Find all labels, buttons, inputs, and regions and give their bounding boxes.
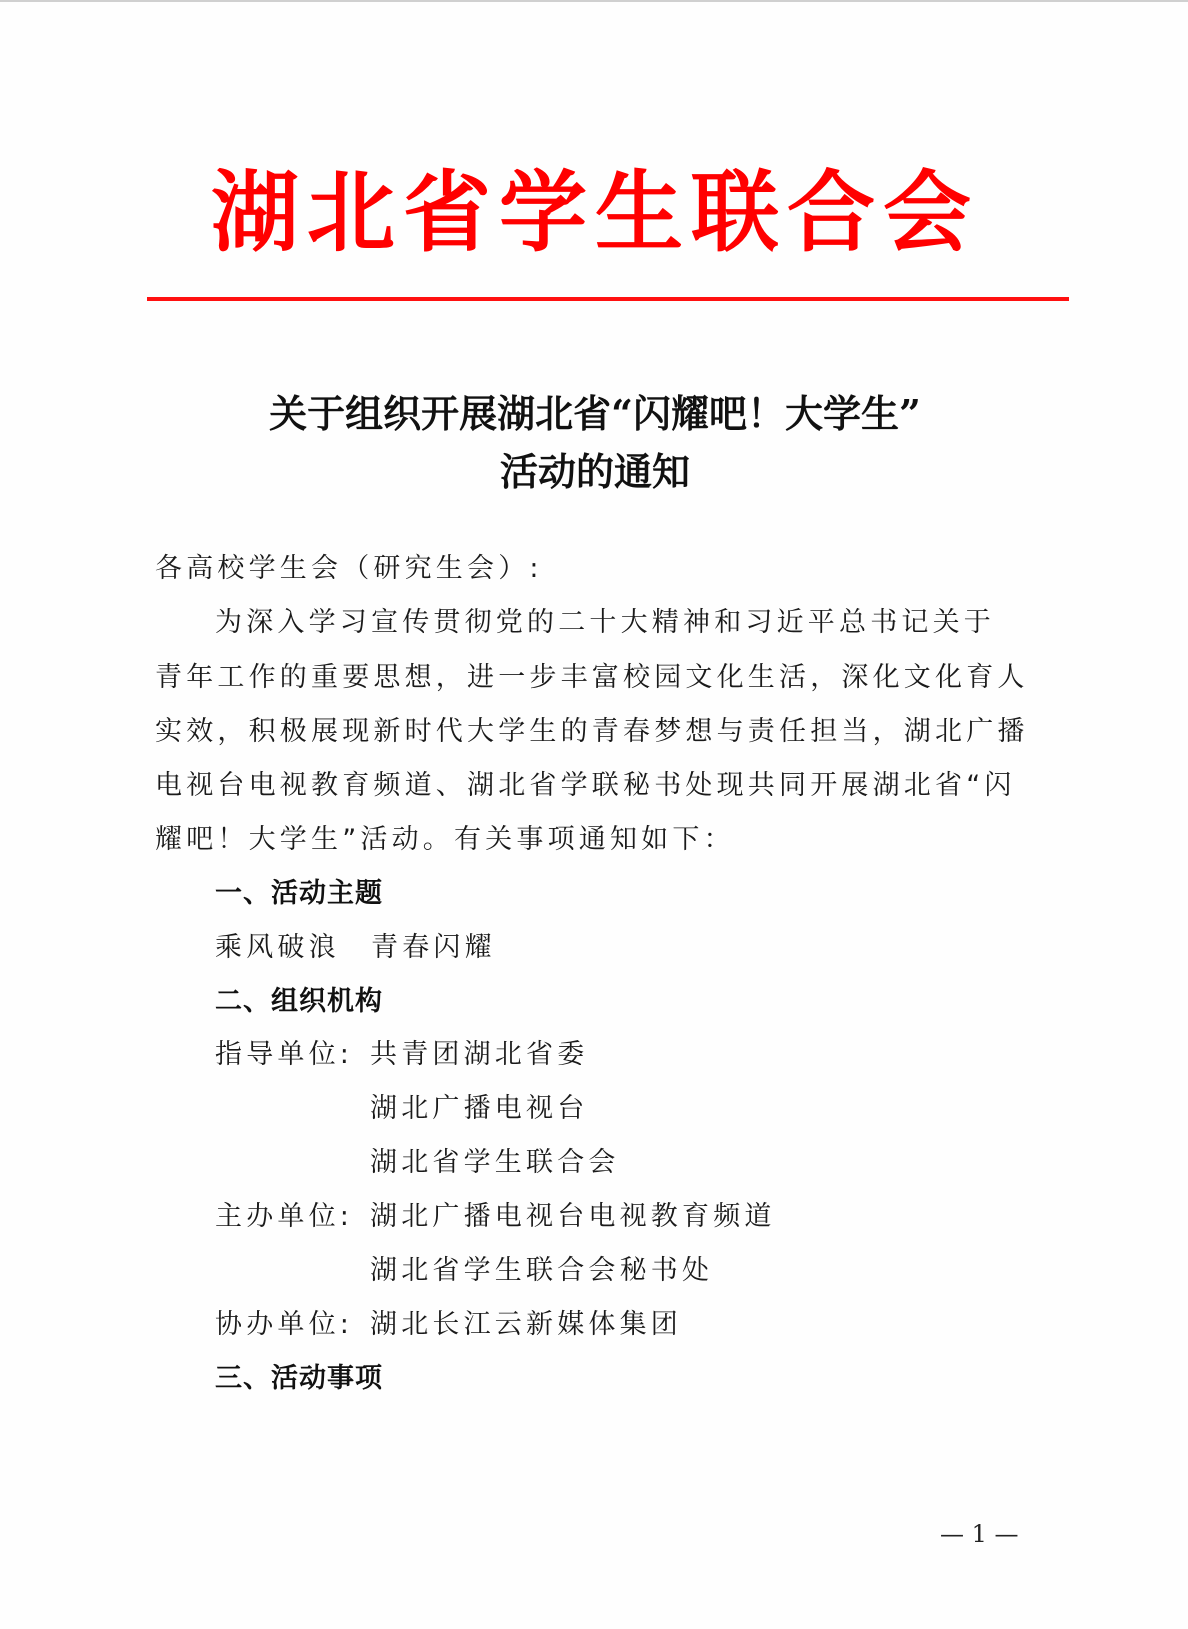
salutation: 各高校学生会（研究生会）: [155, 549, 543, 589]
document-title: 关于组织开展湖北省“闪耀吧！大学生” 活动的通知 [150, 385, 1040, 501]
org-value: 湖北省学生联合会 [370, 1143, 620, 1183]
intro-paragraph-line: 实效，积极展现新时代大学生的青春梦想与责任担当，湖北广播 [155, 712, 1029, 752]
letterhead-org-name: 湖北省学生联合会 [140, 152, 1050, 272]
org-value: 湖北省学生联合会秘书处 [370, 1251, 713, 1291]
document-page: 湖北省学生联合会 关于组织开展湖北省“闪耀吧！大学生” 活动的通知 各高校学生会… [0, 2, 1188, 1629]
page-number: — 1 — [940, 1520, 1019, 1548]
org-label-co-hosting: 协办单位: [215, 1305, 353, 1345]
org-label-guiding: 指导单位: [215, 1035, 353, 1075]
theme-content: 乘风破浪 青春闪耀 [215, 928, 496, 968]
intro-paragraph-line: 电视台电视教育频道、湖北省学联秘书处现共同开展湖北省“闪 [155, 766, 1016, 806]
document-title-line-2: 活动的通知 [150, 443, 1040, 501]
intro-paragraph-line: 为深入学习宣传贯彻党的二十大精神和习近平总书记关于 [215, 603, 995, 643]
org-value: 湖北长江云新媒体集团 [370, 1305, 682, 1345]
org-value: 共青团湖北省委 [370, 1035, 588, 1075]
letterhead-red-rule [147, 297, 1069, 301]
section-heading-theme: 一、活动主题 [215, 874, 383, 914]
section-heading-activities: 三、活动事项 [215, 1359, 383, 1399]
org-value: 湖北广播电视台电视教育频道 [370, 1197, 776, 1237]
intro-paragraph-line: 青年工作的重要思想，进一步丰富校园文化生活，深化文化育人 [155, 658, 1029, 698]
document-title-line-1: 关于组织开展湖北省“闪耀吧！大学生” [150, 385, 1040, 443]
intro-paragraph-line: 耀吧！大学生”活动。有关事项通知如下： [155, 820, 735, 860]
org-value: 湖北广播电视台 [370, 1089, 588, 1129]
org-label-hosting: 主办单位: [215, 1197, 353, 1237]
section-heading-organization: 二、组织机构 [215, 982, 383, 1022]
